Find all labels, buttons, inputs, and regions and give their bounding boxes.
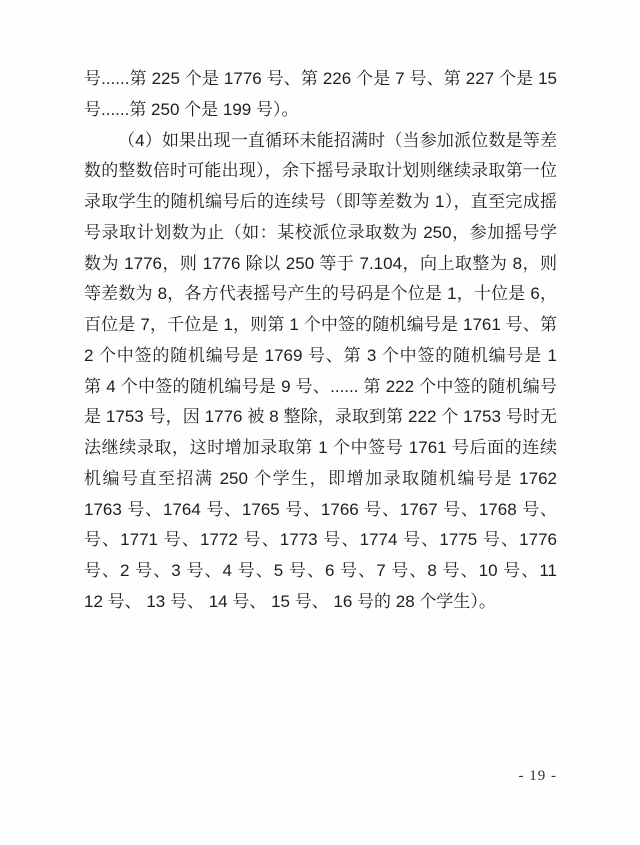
text-line: 录取学生的随机编号后的连续号（即等差数为 1），直至完成摇 <box>84 187 557 218</box>
text-line: 12 号、 13 号、 14 号、 15 号、 16 号的 28 个学生）。 <box>84 587 557 618</box>
text-line: 号、2 号、3 号、4 号、5 号、6 号、7 号、8 号、10 号、11 号、 <box>84 556 557 587</box>
text-line: 2 个中签的随机编号是 1769 号、第 3 个中签的随机编号是 1 号、 <box>84 341 557 372</box>
text-line: 机编号直至招满 250 个学生，即增加录取随机编号是 1762 号、 <box>84 464 557 495</box>
document-page: 号......第 225 个是 1776 号、第 226 个是 7 号、第 22… <box>0 0 640 845</box>
text-line: 法继续录取，这时增加录取第 1 个中签号 1761 号后面的连续随 <box>84 433 557 464</box>
text-line: 数为 1776，则 1776 除以 250 等于 7.104，向上取整为 8，则 <box>84 249 557 280</box>
text-line: 号......第 225 个是 1776 号、第 226 个是 7 号、第 22… <box>84 64 557 95</box>
text-line: 号录取计划数为止（如：某校派位录取数为 250，参加摇号学生 <box>84 218 557 249</box>
document-text-block: 号......第 225 个是 1776 号、第 226 个是 7 号、第 22… <box>84 64 557 618</box>
text-line: 是 1753 号，因 1776 被 8 整除，录取到第 222 个 1753 号… <box>84 402 557 433</box>
text-line: 号......第 250 个是 199 号）。 <box>84 95 557 126</box>
text-line: 第 4 个中签的随机编号是 9 号、...... 第 222 个中签的随机编号 <box>84 372 557 403</box>
text-line: 数的整数倍时可能出现），余下摇号录取计划则继续录取第一位 <box>84 156 557 187</box>
text-line: 百位是 7，千位是 1，则第 1 个中签的随机编号是 1761 号、第 <box>84 310 557 341</box>
page-number: - 19 - <box>519 768 558 785</box>
text-line: 1763 号、1764 号、1765 号、1766 号、1767 号、1768 … <box>84 495 557 526</box>
text-line: 号、1771 号、1772 号、1773 号、1774 号、1775 号、177… <box>84 525 557 556</box>
text-line: 等差数为 8，各方代表摇号产生的号码是个位是 1，十位是 6， <box>84 279 557 310</box>
text-line: （4）如果出现一直循环未能招满时（当参加派位数是等差 <box>84 126 557 157</box>
